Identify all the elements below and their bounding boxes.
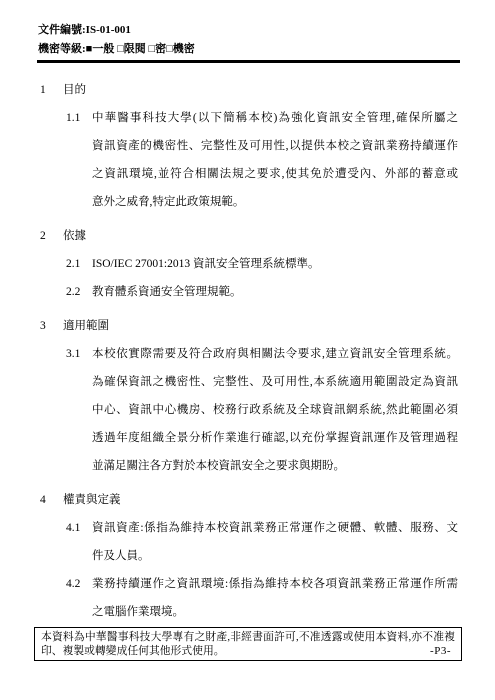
clause-2.2: 2.2教育體系資通安全管理規範。 [66, 278, 458, 306]
clause-continuation-line: 並滿足關注各方對於本校資訊安全之要求與期盼。 [92, 452, 458, 480]
section-heading: 4權責與定義 [38, 486, 458, 514]
clause-first-line: 2.1ISO/IEC 27001:2013 資訊安全管理系統標準。 [66, 250, 458, 278]
confidentiality-notice-line: 本資料為中華醫事科技大學專有之財產,非經書面許可,不准透露或使用本資料,亦不准複 [41, 630, 455, 644]
section-number: 2 [38, 222, 63, 250]
section-2: 2依據2.1ISO/IEC 27001:2013 資訊安全管理系統標準。2.2教… [38, 222, 458, 306]
section-4: 4權責與定義4.1資訊資產:係指為維持本校資訊業務正常運作之硬體、軟體、服務、文… [38, 486, 458, 626]
section-3: 3適用範圍3.1本校依實際需要及符合政府與相關法令要求,建立資訊安全管理系統。為… [38, 312, 458, 480]
section-heading: 2依據 [38, 222, 458, 250]
clause-text-line: 件及人員。 [92, 542, 458, 570]
section-number: 1 [38, 76, 63, 104]
section-title: 目的 [63, 76, 86, 104]
clause-text-line: 為確保資訊之機密性、完整性、及可用性,本系統適用範圍設定為資訊 [92, 368, 458, 396]
clause-text-line: 之資訊環境,並符合相關法規之要求,使其免於遭受內、外部的蓄意或 [92, 160, 458, 188]
clause-4.1: 4.1資訊資產:係指為維持本校資訊業務正常運作之硬體、軟體、服務、文件及人員。 [66, 514, 458, 570]
section-title: 適用範圍 [63, 312, 109, 340]
section-title: 依據 [63, 222, 86, 250]
classification-checkboxes: ■一般 □限閱 □密□機密 [86, 43, 195, 55]
clause-text-line: 中華醫事科技大學(以下簡稱本校)為強化資訊安全管理,確保所屬之 [92, 104, 458, 132]
clause-4.2: 4.2業務持續運作之資訊環境:係指為維持本校各項資訊業務正常運作所需之電腦作業環… [66, 570, 458, 626]
clause-continuation-line: 中心、資訊中心機房、校務行政系統及全球資訊網系統,然此範圍必須 [92, 396, 458, 424]
doc-number-line: 文件編號:IS-01-001 [38, 21, 195, 40]
clause-text-line: 本校依實際需要及符合政府與相關法令要求,建立資訊安全管理系統。 [92, 340, 458, 368]
section-1: 1目的1.1中華醫事科技大學(以下簡稱本校)為強化資訊安全管理,確保所屬之資訊資… [38, 76, 458, 216]
clause-continuation-line: 資訊資產的機密性、完整性及可用性,以提供本校之資訊業務持續運作 [92, 132, 458, 160]
clause-2.1: 2.1ISO/IEC 27001:2013 資訊安全管理系統標準。 [66, 250, 458, 278]
clause-text-line: 意外之威脅,特定此政策規範。 [92, 188, 458, 216]
clause-continuation-line: 透過年度組織全景分析作業進行確認,以充份掌握資訊運作及管理過程 [92, 424, 458, 452]
clause-text-line: 中心、資訊中心機房、校務行政系統及全球資訊網系統,然此範圍必須 [92, 396, 458, 424]
clause-first-line: 4.2業務持續運作之資訊環境:係指為維持本校各項資訊業務正常運作所需 [66, 570, 458, 598]
clause-first-line: 1.1中華醫事科技大學(以下簡稱本校)為強化資訊安全管理,確保所屬之 [66, 104, 458, 132]
document-header: 文件編號:IS-01-001 機密等級:■一般 □限閱 □密□機密 [38, 21, 195, 59]
clause-1.1: 1.1中華醫事科技大學(以下簡稱本校)為強化資訊安全管理,確保所屬之資訊資產的機… [66, 104, 458, 216]
clause-continuation-line: 之電腦作業環境。 [92, 598, 458, 626]
section-heading: 3適用範圍 [38, 312, 458, 340]
clause-text-line: 並滿足關注各方對於本校資訊安全之要求與期盼。 [92, 452, 458, 480]
clause-continuation-line: 之資訊環境,並符合相關法規之要求,使其免於遭受內、外部的蓄意或 [92, 160, 458, 188]
clause-number: 2.2 [66, 278, 92, 306]
clause-text-line: 之電腦作業環境。 [92, 598, 458, 626]
section-number: 4 [38, 486, 63, 514]
section-heading: 1目的 [38, 76, 458, 104]
doc-number-label: 文件編號: [38, 24, 86, 36]
doc-number-value: IS-01-001 [86, 24, 131, 36]
confidentiality-notice-line: 印、複製或轉變成任何其他形式使用。 [41, 644, 455, 658]
classification-line: 機密等級:■一般 □限閱 □密□機密 [38, 40, 195, 59]
document-body: 1目的1.1中華醫事科技大學(以下簡稱本校)為強化資訊安全管理,確保所屬之資訊資… [38, 76, 458, 626]
document-page: 文件編號:IS-01-001 機密等級:■一般 □限閱 □密□機密 1目的1.1… [0, 0, 495, 700]
confidentiality-notice: 本資料為中華醫事科技大學專有之財產,非經書面許可,不准透露或使用本資料,亦不准複… [41, 630, 455, 658]
clause-text-line: 資訊資產:係指為維持本校資訊業務正常運作之硬體、軟體、服務、文 [92, 514, 458, 542]
clause-text-line: ISO/IEC 27001:2013 資訊安全管理系統標準。 [92, 250, 458, 278]
clause-text-line: 資訊資產的機密性、完整性及可用性,以提供本校之資訊業務持續運作 [92, 132, 458, 160]
clause-first-line: 4.1資訊資產:係指為維持本校資訊業務正常運作之硬體、軟體、服務、文 [66, 514, 458, 542]
page-number: -P3- [430, 644, 451, 658]
clause-number: 1.1 [66, 104, 92, 132]
header-divider-rule [37, 60, 460, 63]
confidentiality-footer-box: 本資料為中華醫事科技大學專有之財產,非經書面許可,不准透露或使用本資料,亦不准複… [34, 627, 462, 661]
clause-number: 2.1 [66, 250, 92, 278]
classification-label: 機密等級: [38, 43, 86, 55]
clause-continuation-line: 意外之威脅,特定此政策規範。 [92, 188, 458, 216]
clause-number: 3.1 [66, 340, 92, 368]
clause-text-line: 教育體系資通安全管理規範。 [92, 278, 458, 306]
section-title: 權責與定義 [63, 486, 121, 514]
clause-first-line: 2.2教育體系資通安全管理規範。 [66, 278, 458, 306]
clause-3.1: 3.1本校依實際需要及符合政府與相關法令要求,建立資訊安全管理系統。為確保資訊之… [66, 340, 458, 480]
clause-first-line: 3.1本校依實際需要及符合政府與相關法令要求,建立資訊安全管理系統。 [66, 340, 458, 368]
clause-number: 4.2 [66, 570, 92, 598]
section-number: 3 [38, 312, 63, 340]
clause-continuation-line: 件及人員。 [92, 542, 458, 570]
clause-number: 4.1 [66, 514, 92, 542]
clause-text-line: 業務持續運作之資訊環境:係指為維持本校各項資訊業務正常運作所需 [92, 570, 458, 598]
clause-text-line: 透過年度組織全景分析作業進行確認,以充份掌握資訊運作及管理過程 [92, 424, 458, 452]
clause-continuation-line: 為確保資訊之機密性、完整性、及可用性,本系統適用範圍設定為資訊 [92, 368, 458, 396]
